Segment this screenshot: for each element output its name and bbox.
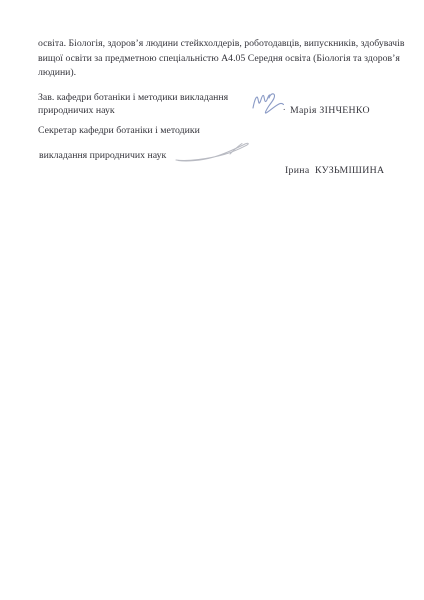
signature-1-stroke-a — [253, 95, 270, 108]
paragraph-line-1: освіта. Біологія, здоров’я людини стейкх… — [38, 37, 394, 52]
handwritten-signature-2 — [174, 141, 256, 165]
paragraph-line-3: людини). — [38, 66, 394, 81]
signatory-name-2: Ірина КУЗЬМІШИНА — [285, 164, 384, 177]
signature-block-2-title-line-2: викладання природничих наук — [39, 149, 166, 162]
signature-2-stroke-a — [176, 143, 248, 161]
handwritten-signature-1 — [250, 90, 286, 115]
signature-block-1-title-line-2: природничих наук — [38, 104, 228, 117]
paragraph-line-2: вищої освіти за предметною спеціальністю… — [38, 52, 394, 67]
body-paragraph: освіта. Біологія, здоров’я людини стейкх… — [38, 37, 394, 81]
signature-block-1-title-line-1: Зав. кафедри ботаніки і методики виклада… — [38, 91, 228, 104]
signature-block-1-title: Зав. кафедри ботаніки і методики виклада… — [38, 91, 228, 118]
signatory-name-1: Марія ЗІНЧЕНКО — [290, 104, 370, 117]
document-page: освіта. Біологія, здоров’я людини стейкх… — [0, 0, 424, 600]
signature-block-2-title-line-1: Секретар кафедри ботаніки і методики — [38, 124, 200, 137]
signature-1-trailing-mark: . — [283, 102, 285, 113]
